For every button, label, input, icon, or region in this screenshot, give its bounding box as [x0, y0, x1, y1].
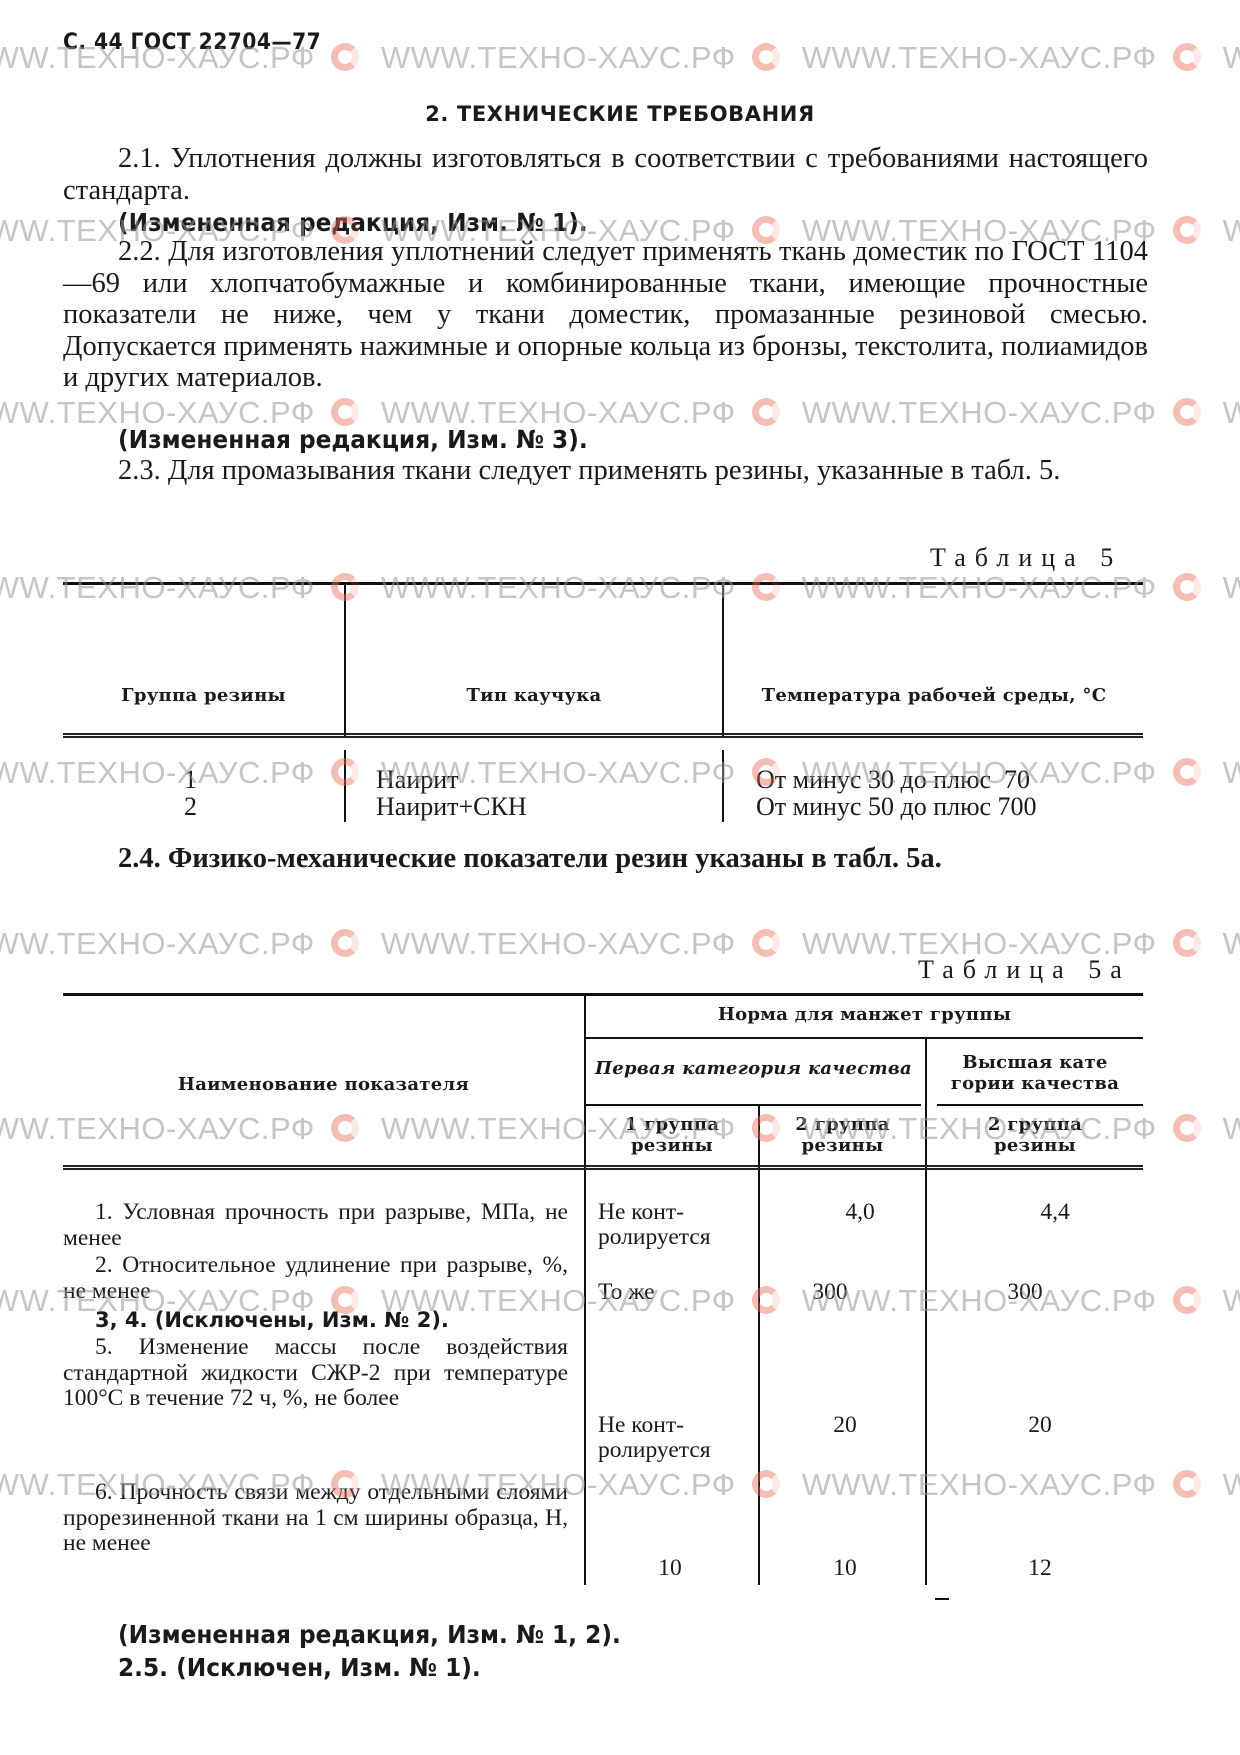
table-5a-header-norm: Норма для манжет группы	[586, 1004, 1143, 1025]
table-5a-subheader-g1-first: 1 группа резины	[586, 1114, 758, 1156]
cell-line: Не конт-	[598, 1413, 711, 1438]
table-5a-cell: 10	[745, 1556, 945, 1581]
running-head: С. 44 ГОСТ 22704—77	[63, 30, 321, 55]
table-rule	[586, 1104, 921, 1106]
table-5-header-temperature: Температура рабочей среды, °С	[724, 685, 1144, 706]
table-5a-cell: 300	[925, 1280, 1125, 1305]
column-divider	[722, 750, 724, 822]
watermark-text: WWW.ТЕХНО-ХАУС.РФ	[802, 395, 1201, 431]
section-title: 2. ТЕХНИЧЕСКИЕ ТРЕБОВАНИЯ	[0, 102, 1240, 126]
table-5a-cell: 12	[940, 1556, 1140, 1581]
paragraph-2-5-text: 2.5. (Исключен, Изм. № 1).	[118, 1653, 481, 1682]
indicator-text-content: 2. Относительное удлинение при разрыве, …	[63, 1252, 568, 1304]
table-5-cell: От минус 50 до плюс 700	[756, 793, 1037, 820]
table-5-cell: 1	[63, 766, 318, 793]
watermark-text: WWW.ТЕХНО-ХАУС.РФ	[802, 1467, 1201, 1503]
paragraph-2-3: 2.3. Для промазывания ткани следует прим…	[63, 455, 1148, 487]
paragraph-2-1-text: 2.1. Уплотнения должны изготовляться в с…	[63, 143, 1148, 206]
paragraph-2-3-text: 2.3. Для промазывания ткани следует прим…	[118, 455, 1060, 486]
indicator-text: 3, 4. (Исключены, Изм. № 2).	[63, 1308, 568, 1334]
indicator-text: 6. Прочность связи между отдельными слоя…	[63, 1480, 568, 1557]
table-5a-subheader-g2-first: 2 группа резины	[760, 1114, 925, 1156]
watermark-logo-icon	[331, 398, 359, 426]
header-line: резины	[927, 1135, 1143, 1156]
watermark-logo-icon	[1173, 758, 1201, 786]
header-line: резины	[586, 1135, 758, 1156]
table-5a-cell: 4,4	[955, 1200, 1155, 1225]
amendment-note-3-text: (Измененная редакция, Изм. № 3).	[118, 425, 588, 454]
watermark-logo-icon	[1173, 216, 1201, 244]
watermark-text: WWW.ТЕХНО-ХАУС.РФ	[1223, 1111, 1240, 1147]
indicator-text-content: 5. Изменение массы после воздействия ста…	[63, 1334, 568, 1411]
watermark-row: WWW.ТЕХНО-ХАУС.РФWWW.ТЕХНО-ХАУС.РФWWW.ТЕ…	[0, 570, 1240, 606]
watermark-logo-icon	[752, 929, 780, 957]
watermark-text: WWW.ТЕХНО-ХАУС.РФ	[802, 40, 1201, 76]
column-divider	[344, 584, 346, 736]
watermark-text: WWW.ТЕХНО-ХАУС.РФ	[1223, 1283, 1240, 1319]
paragraph-2-1: 2.1. Уплотнения должны изготовляться в с…	[63, 143, 1148, 206]
column-divider	[758, 1106, 760, 1585]
paragraph-2-4: 2.4. Физико-механические показатели рези…	[63, 843, 1148, 875]
table-5a-header-first-category: Первая категория качества	[586, 1058, 921, 1079]
header-line: резины	[760, 1135, 925, 1156]
indicator-text: 1. Условная прочность при разрыве, МПа, …	[63, 1200, 568, 1251]
table-5-cell: Наирит+СКН	[376, 793, 527, 820]
table-rule	[63, 733, 1143, 738]
amendment-note-3: (Измененная редакция, Изм. № 3).	[118, 425, 623, 454]
watermark-text: WWW.ТЕХНО-ХАУС.РФ	[1223, 570, 1240, 606]
table-rule	[63, 582, 1143, 585]
table-5a-cell: Не конт- ролируется	[598, 1413, 711, 1463]
table-5a-cell: 300	[730, 1280, 930, 1305]
table-5a-cell: 4,0	[760, 1200, 960, 1225]
column-divider	[344, 750, 346, 822]
watermark-logo-icon	[752, 398, 780, 426]
watermark-logo-icon	[752, 43, 780, 71]
table-5a-cell: То же	[598, 1280, 655, 1305]
amendment-note-1-2-text: (Измененная редакция, Изм. № 1, 2).	[118, 1620, 621, 1649]
watermark-logo-icon	[752, 1470, 780, 1498]
header-line: 1 группа	[586, 1114, 758, 1135]
table-rule	[937, 1104, 1143, 1106]
watermark-text: WWW.ТЕХНО-ХАУС.РФ	[1223, 213, 1240, 249]
watermark-text: WWW.ТЕХНО-ХАУС.РФ	[1223, 755, 1240, 791]
indicator-text-content: 1. Условная прочность при разрыве, МПа, …	[63, 1199, 568, 1251]
amendment-note-1: (Измененная редакция, Изм. № 1).	[118, 208, 623, 237]
paragraph-2-5: 2.5. (Исключен, Изм. № 1).	[118, 1653, 508, 1682]
watermark-text: WWW.ТЕХНО-ХАУС.РФ	[1223, 1467, 1240, 1503]
table-rule	[586, 1037, 1143, 1039]
table-5-caption: Таблица 5	[930, 543, 1122, 573]
table-5a-header-highest-category: Высшая кате гории качества	[927, 1052, 1143, 1094]
cell-line: ролируется	[598, 1225, 711, 1250]
watermark-text: WWW.ТЕХНО-ХАУС.РФ	[802, 570, 1201, 606]
table-5-header-group: Группа резины	[63, 685, 344, 706]
header-line: 2 группа	[760, 1114, 925, 1135]
watermark-logo-icon	[331, 929, 359, 957]
watermark-logo-icon	[331, 1114, 359, 1142]
table-5a-cell: Не конт- ролируется	[598, 1200, 711, 1250]
cell-line: Не конт-	[598, 1200, 711, 1225]
paragraph-2-2: 2.2. Для изготовления уплотнений следует…	[63, 236, 1148, 394]
watermark-logo-icon	[1173, 929, 1201, 957]
header-line: Высшая кате	[927, 1052, 1143, 1073]
header-line: гории качества	[927, 1073, 1143, 1094]
column-divider	[584, 995, 586, 1585]
watermark-text: WWW.ТЕХНО-ХАУС.РФ	[0, 926, 359, 962]
watermark-logo-icon	[752, 573, 780, 601]
table-5a-cell: 20	[745, 1413, 945, 1438]
watermark-text: WWW.ТЕХНО-ХАУС.РФ	[0, 1111, 359, 1147]
watermark-text: WWW.ТЕХНО-ХАУС.РФ	[0, 570, 359, 606]
watermark-logo-icon	[1173, 573, 1201, 601]
table-rule	[63, 1165, 1143, 1170]
watermark-logo-icon	[1173, 1114, 1201, 1142]
table-5-cell: 2	[63, 793, 318, 820]
watermark-text: WWW.ТЕХНО-ХАУС.РФ	[1223, 926, 1240, 962]
watermark-logo-icon	[1173, 398, 1201, 426]
watermark-text: WWW.ТЕХНО-ХАУС.РФ	[1223, 40, 1240, 76]
table-5a-caption: Таблица 5а	[918, 955, 1131, 985]
table-5a-cell: 10	[600, 1556, 740, 1581]
table-5-cell: От минус 30 до плюс 70	[756, 766, 1030, 793]
indicator-text: 5. Изменение массы после воздействия ста…	[63, 1335, 568, 1412]
table-rule	[63, 993, 1143, 996]
amendment-note-1-2: (Измененная редакция, Изм. № 1, 2).	[118, 1620, 659, 1649]
table-5-header-rubber-type: Тип каучука	[346, 685, 722, 706]
table-5a-cell: 20	[940, 1413, 1140, 1438]
paragraph-2-4-text: 2.4. Физико-механические показатели рези…	[118, 843, 942, 874]
header-line: 2 группа	[927, 1114, 1143, 1135]
watermark-logo-icon	[1173, 43, 1201, 71]
watermark-text: WWW.ТЕХНО-ХАУС.РФ	[381, 40, 780, 76]
table-mark	[935, 1598, 949, 1600]
paragraph-2-2-text: 2.2. Для изготовления уплотнений следует…	[63, 236, 1148, 393]
watermark-text: WWW.ТЕХНО-ХАУС.РФ	[1223, 395, 1240, 431]
indicator-text-content: 3, 4. (Исключены, Изм. № 2).	[95, 1308, 449, 1332]
amendment-note-1-text: (Измененная редакция, Изм. № 1).	[118, 208, 588, 237]
table-5a-subheader-g2-highest: 2 группа резины	[927, 1114, 1143, 1156]
table-5-cell: Наирит	[376, 766, 459, 793]
watermark-text: WWW.ТЕХНО-ХАУС.РФ	[381, 926, 780, 962]
indicator-text-content: 6. Прочность связи между отдельными слоя…	[63, 1479, 568, 1556]
cell-line: ролируется	[598, 1438, 711, 1463]
column-divider	[722, 584, 724, 736]
indicator-text: 2. Относительное удлинение при разрыве, …	[63, 1253, 568, 1304]
table-5a-header-indicator: Наименование показателя	[63, 1074, 584, 1095]
watermark-logo-icon	[1173, 1286, 1201, 1314]
document-page: С. 44 ГОСТ 22704—77 2. ТЕХНИЧЕСКИЕ ТРЕБО…	[0, 0, 1240, 1755]
watermark-logo-icon	[1173, 1470, 1201, 1498]
watermark-text: WWW.ТЕХНО-ХАУС.РФ	[381, 570, 780, 606]
watermark-logo-icon	[331, 43, 359, 71]
